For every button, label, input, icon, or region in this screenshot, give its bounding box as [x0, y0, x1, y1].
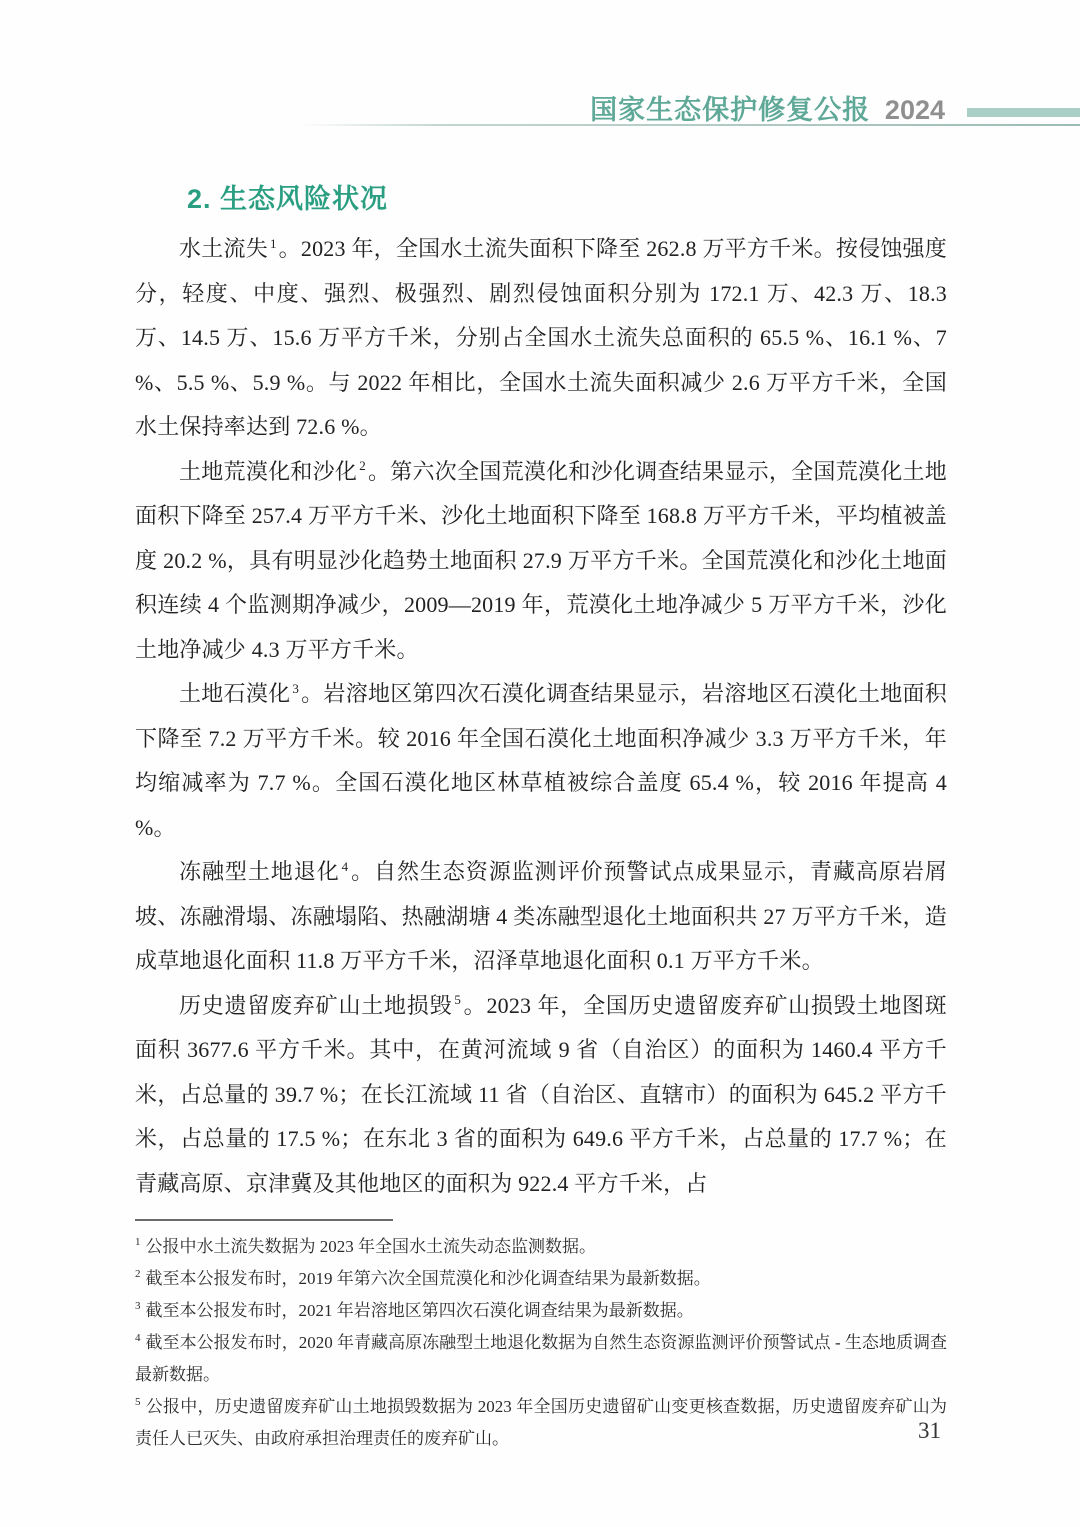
footnote-1: 1公报中水土流失数据为 2023 年全国水土流失动态监测数据。 — [135, 1231, 947, 1263]
paragraph-soil-erosion: 水土流失1。2023 年，全国水土流失面积下降至 262.8 万平方千米。按侵蚀… — [135, 227, 947, 450]
footnote-ref-4: 4 — [340, 859, 351, 874]
footnote-number: 1 — [135, 1236, 146, 1248]
footnote-number: 3 — [135, 1300, 146, 1312]
header-text: 国家生态保护修复公报 2024 — [590, 94, 945, 126]
footnote-text: 公报中，历史遗留废弃矿山土地损毁数据为 2023 年全国历史遗留矿山变更核查数据… — [135, 1397, 947, 1448]
footnote-number: 4 — [135, 1332, 146, 1344]
document-body: 2. 生态风险状况 水土流失1。2023 年，全国水土流失面积下降至 262.8… — [135, 181, 947, 1455]
footnote-ref-3: 3 — [290, 681, 301, 696]
paragraph-text: 。2023 年，全国历史遗留废弃矿山损毁土地图斑面积 3677.6 平方千米。其… — [135, 993, 947, 1196]
paragraph-freeze-thaw-degradation: 冻融型土地退化4。自然生态资源监测评价预警试点成果显示，青藏高原岩屑坡、冻融滑塌… — [135, 850, 947, 984]
footnote-ref-5: 5 — [452, 992, 463, 1007]
footnote-2: 2截至本公报发布时，2019 年第六次全国荒漠化和沙化调查结果为最新数据。 — [135, 1263, 947, 1295]
paragraph-term: 土地石漠化 — [179, 681, 290, 706]
page-header: 国家生态保护修复公报 2024 — [0, 94, 1080, 130]
paragraph-text: 。2023 年，全国水土流失面积下降至 262.8 万平方千米。按侵蚀强度分，轻… — [135, 236, 947, 439]
footnote-4: 4截至本公报发布时，2020 年青藏高原冻融型土地退化数据为自然生态资源监测评价… — [135, 1327, 947, 1391]
header-divider-line — [300, 124, 1080, 126]
header-accent-bar — [967, 108, 1080, 117]
paragraph-abandoned-mines: 历史遗留废弃矿山土地损毁5。2023 年，全国历史遗留废弃矿山损毁土地图斑面积 … — [135, 984, 947, 1207]
footnote-text: 截至本公报发布时，2021 年岩溶地区第四次石漠化调查结果为最新数据。 — [146, 1301, 694, 1320]
paragraph-term: 土地荒漠化和沙化 — [179, 459, 357, 484]
paragraph-rocky-desertification: 土地石漠化3。岩溶地区第四次石漠化调查结果显示，岩溶地区石漠化土地面积下降至 7… — [135, 672, 947, 850]
footnote-3: 3截至本公报发布时，2021 年岩溶地区第四次石漠化调查结果为最新数据。 — [135, 1295, 947, 1327]
footnote-number: 5 — [135, 1396, 146, 1408]
footnote-ref-2: 2 — [357, 458, 368, 473]
footnote-ref-1: 1 — [268, 236, 279, 251]
paragraph-text: 。第六次全国荒漠化和沙化调查结果显示，全国荒漠化土地面积下降至 257.4 万平… — [135, 459, 947, 662]
paragraph-desertification: 土地荒漠化和沙化2。第六次全国荒漠化和沙化调查结果显示，全国荒漠化土地面积下降至… — [135, 450, 947, 673]
footnote-5: 5公报中，历史遗留废弃矿山土地损毁数据为 2023 年全国历史遗留矿山变更核查数… — [135, 1391, 947, 1455]
report-title: 国家生态保护修复公报 — [590, 95, 870, 125]
footnote-divider — [135, 1219, 393, 1221]
page-number: 31 — [918, 1418, 941, 1444]
footnote-number: 2 — [135, 1268, 146, 1280]
footnotes-section: 1公报中水土流失数据为 2023 年全国水土流失动态监测数据。 2截至本公报发布… — [135, 1219, 947, 1455]
paragraph-term: 水土流失 — [179, 236, 268, 261]
paragraph-term: 历史遗留废弃矿山土地损毁 — [179, 993, 452, 1018]
section-heading: 2. 生态风险状况 — [135, 181, 947, 217]
footnote-text: 公报中水土流失数据为 2023 年全国水土流失动态监测数据。 — [146, 1237, 597, 1256]
footnote-text: 截至本公报发布时，2020 年青藏高原冻融型土地退化数据为自然生态资源监测评价预… — [135, 1333, 947, 1384]
footnote-text: 截至本公报发布时，2019 年第六次全国荒漠化和沙化调查结果为最新数据。 — [146, 1269, 711, 1288]
paragraph-term: 冻融型土地退化 — [179, 859, 340, 884]
report-year: 2024 — [885, 95, 945, 125]
